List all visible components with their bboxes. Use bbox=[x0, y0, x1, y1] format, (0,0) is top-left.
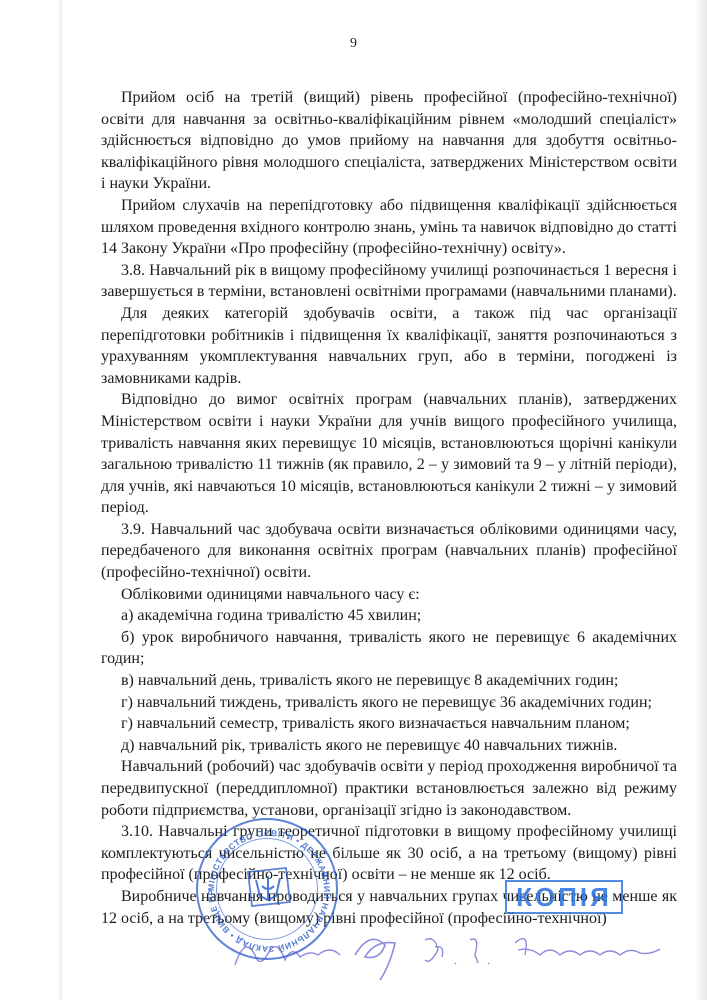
paragraph-3-8-academic-year: 3.8. Навчальний рік в вищому професійном… bbox=[101, 260, 677, 303]
list-item-h: г) навчальний тиждень, тривалість якого … bbox=[101, 692, 677, 714]
director-signature bbox=[230, 925, 670, 985]
document-body: Прийом осіб на третій (вищий) рівень про… bbox=[101, 87, 677, 929]
paragraph-3-9-study-time: 3.9. Навчальний час здобувача освіти виз… bbox=[101, 519, 677, 584]
list-item-d: д) навчальний рік, тривалість якого не п… bbox=[101, 735, 677, 757]
paragraph-admission-retraining: Прийом слухачів на перепідготовку або пі… bbox=[101, 195, 677, 260]
list-item-g: г) навчальний семестр, тривалість якого … bbox=[101, 713, 677, 735]
page-right-shadow bbox=[695, 0, 707, 1000]
paragraph-3-10-groups: 3.10. Навчальні групи теоретичної підгот… bbox=[101, 821, 677, 886]
list-item-b: б) урок виробничого навчання, тривалість… bbox=[101, 627, 677, 670]
paragraph-production-training: Виробниче навчання проводиться у навчаль… bbox=[101, 886, 677, 929]
paragraph-practice-time: Навчальний (робочий) час здобувачів осві… bbox=[101, 756, 677, 821]
paragraph-categories-start: Для деяких категорій здобувачів освіти, … bbox=[101, 303, 677, 389]
list-item-v: в) навчальний день, тривалість якого не … bbox=[101, 670, 677, 692]
paragraph-units-intro: Обліковими одиницями навчального часу є: bbox=[101, 584, 677, 606]
paragraph-admission-third-level: Прийом осіб на третій (вищий) рівень про… bbox=[101, 87, 677, 195]
list-item-a: а) академічна година тривалістю 45 хвили… bbox=[101, 605, 677, 627]
paragraph-holidays: Відповідно до вимог освітніх програм (на… bbox=[101, 389, 677, 519]
page-number: 9 bbox=[0, 36, 707, 52]
page-left-shadow bbox=[0, 0, 62, 1000]
